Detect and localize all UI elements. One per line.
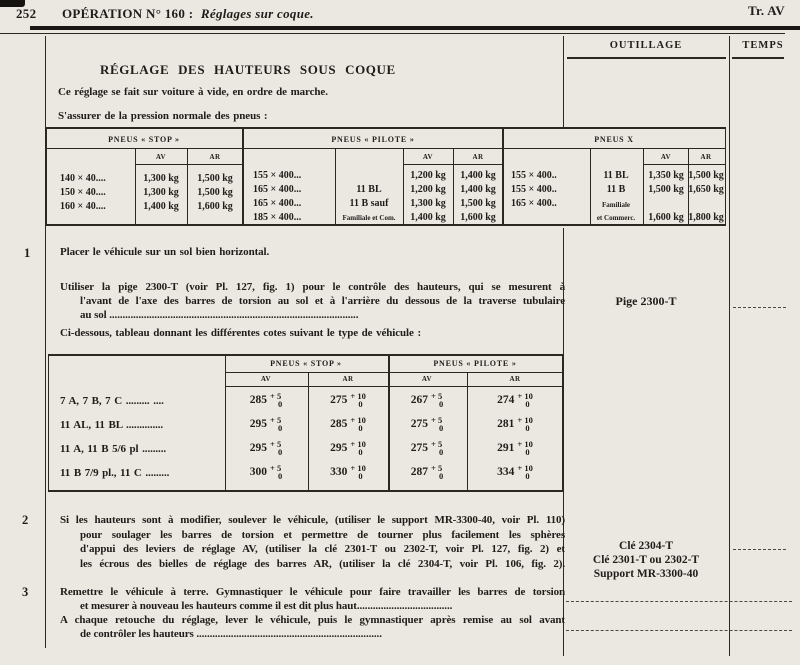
pressure-av: 1,300 kg: [143, 173, 179, 184]
pressure-av: 1,600 kg: [648, 212, 684, 223]
header-rule-thick: [30, 26, 800, 30]
tolerance: + 50: [270, 392, 282, 408]
column-divider: [308, 372, 309, 492]
tolerance: + 50: [431, 464, 443, 480]
tolerance: + 100: [350, 392, 365, 408]
value: 267: [411, 394, 428, 406]
height-value: 334+ 100: [497, 464, 533, 480]
tool-cle-2304: Clé 2304-T: [619, 540, 673, 552]
step2-line: d'appui des leviers de réglage AV, (util…: [60, 542, 565, 557]
tire-size: 165 × 400..: [511, 198, 557, 209]
tolerance: + 100: [350, 464, 365, 480]
value: 281: [497, 418, 514, 430]
model-label: Familiale: [602, 201, 630, 209]
step3-line: A chaque retouche du réglage, lever le v…: [60, 613, 565, 627]
manual-page: 252 OPÉRATION N° 160 : Réglages sur coqu…: [0, 0, 800, 665]
pressure-av: 1,300 kg: [410, 198, 446, 209]
table-border-top: [46, 127, 726, 129]
height-value: 300+ 50: [250, 464, 283, 480]
section-divider: [502, 127, 504, 226]
subheader-underline: [403, 164, 503, 165]
tire-size: 150 × 40....: [60, 187, 106, 198]
temps-dash-line: [733, 549, 786, 550]
height-value: 275+ 50: [411, 416, 444, 432]
outillage-header: OUTILLAGE: [610, 40, 683, 51]
operation-heading: OPÉRATION N° 160 : Réglages sur coque.: [62, 6, 314, 22]
temps-header: TEMPS: [742, 40, 783, 51]
ar-header: AR: [509, 375, 520, 383]
pressure-av: 1,500 kg: [648, 184, 684, 195]
column-divider: [225, 354, 226, 492]
tolerance: + 100: [517, 464, 532, 480]
tolerance: + 50: [431, 416, 443, 432]
tire-size: 165 × 400...: [253, 184, 301, 195]
temps-dash-line: [733, 307, 786, 308]
subheader-underline: [225, 386, 563, 387]
tolerance: + 50: [270, 440, 282, 456]
step3-line: et mesurer à nouveau les hauteurs comme …: [60, 599, 565, 613]
section-divider: [388, 354, 390, 492]
tolerance: + 100: [517, 392, 532, 408]
value: 285: [250, 394, 267, 406]
subheader-underline: [135, 164, 243, 165]
av-header: AV: [423, 153, 433, 161]
tire-size: 165 × 400...: [253, 198, 301, 209]
tire-pressure-table: PNEUS « STOP » PNEUS « PILOTE » PNEUS X …: [46, 127, 726, 228]
cotes-pilote-title: PNEUS « PILOTE »: [433, 359, 516, 368]
ar-header: AR: [342, 375, 353, 383]
pressure-ar: 1,500 kg: [460, 198, 496, 209]
step-number-2: 2: [22, 513, 28, 528]
column-divider: [335, 148, 336, 225]
model-label: et Commerc.: [597, 214, 635, 222]
value: 295: [250, 442, 267, 454]
height-value: 295+ 50: [250, 416, 283, 432]
ar-header: AR: [472, 153, 483, 161]
step1-line: au sol .................................…: [60, 308, 565, 322]
value: 295: [330, 442, 347, 454]
vehicle-type: 7 A, 7 B, 7 C ......... ....: [60, 395, 164, 407]
value: 275: [411, 418, 428, 430]
intro-line-2: S'assurer de la pression normale des pne…: [58, 110, 268, 122]
table-header-underline: [46, 148, 726, 149]
step1-line: l'avant de l'axe des barres de torsion a…: [60, 294, 565, 308]
intro-line-1: Ce réglage se fait sur voiture à vide, e…: [58, 86, 328, 98]
model-label: 11 B: [607, 184, 626, 195]
table-border-right: [562, 354, 563, 492]
step3-paragraph: Remettre le véhicule à terre. Gymnastiqu…: [60, 585, 565, 613]
pressure-av: 1,300 kg: [143, 187, 179, 198]
step2-line: pour soulager les barres de torsion et p…: [60, 528, 565, 543]
vehicle-type: 11 A, 11 B 5/6 pl .........: [60, 443, 166, 455]
tolerance: + 100: [350, 416, 365, 432]
tolerance: + 50: [270, 416, 282, 432]
tire-size: 185 × 400...: [253, 212, 301, 223]
tool-support: Support MR-3300-40: [594, 568, 698, 580]
value: 300: [250, 466, 267, 478]
cotes-stop-title: PNEUS « STOP »: [270, 359, 342, 368]
pressure-av: 1,200 kg: [410, 170, 446, 181]
tolerance: + 50: [431, 392, 443, 408]
pneus-x-title: PNEUS X: [594, 135, 634, 144]
step1-line: Placer le véhicule sur un sol bien horiz…: [60, 246, 269, 258]
ar-header: AR: [700, 153, 711, 161]
pressure-av: 1,350 kg: [648, 170, 684, 181]
pressure-ar: 1,600 kg: [460, 212, 496, 223]
model-label: Familiale et Com.: [342, 214, 395, 222]
model-label: 11 BL: [356, 184, 381, 195]
value: 295: [250, 418, 267, 430]
step1-line: Utiliser la pige 2300-T (voir Pl. 127, f…: [60, 280, 565, 294]
value: 285: [330, 418, 347, 430]
pressure-av: 1,400 kg: [143, 201, 179, 212]
height-value: 287+ 50: [411, 464, 444, 480]
page-number: 252: [16, 6, 36, 22]
pressure-ar: 1,500 kg: [197, 187, 233, 198]
table-border-left: [48, 354, 49, 492]
table-border-top: [48, 354, 563, 356]
pressure-ar: 1,600 kg: [197, 201, 233, 212]
height-spec-table: PNEUS « STOP » PNEUS « PILOTE » AV AR AV…: [48, 354, 563, 494]
value: 330: [330, 466, 347, 478]
column-divider: [403, 148, 404, 225]
doc-title: RÉGLAGE DES HAUTEURS SOUS COQUE: [100, 62, 396, 78]
temps-dash-line: [566, 630, 792, 631]
table-border-bottom: [48, 490, 563, 492]
height-value: 330+ 100: [330, 464, 366, 480]
pneus-stop-title: PNEUS « STOP »: [108, 135, 180, 144]
pressure-av: 1,400 kg: [410, 212, 446, 223]
step2-paragraph: Si les hauteurs sont à modifier, souleve…: [60, 513, 565, 571]
av-header: AV: [422, 375, 432, 383]
height-value: 274+ 100: [497, 392, 533, 408]
column-divider: [453, 148, 454, 225]
value: 274: [497, 394, 514, 406]
step-number-1: 1: [24, 246, 30, 261]
model-label: 11 BL: [603, 170, 628, 181]
height-value: 295+ 100: [330, 440, 366, 456]
step3-paragraph: A chaque retouche du réglage, lever le v…: [60, 613, 565, 641]
tire-size: 155 × 400...: [253, 170, 301, 181]
header-rule-thin: [0, 33, 785, 34]
pressure-av: 1,200 kg: [410, 184, 446, 195]
column-divider: [135, 148, 136, 225]
operation-title: Réglages sur coque.: [201, 6, 314, 21]
height-value: 295+ 50: [250, 440, 283, 456]
height-value: 275+ 50: [411, 440, 444, 456]
tolerance: + 100: [517, 440, 532, 456]
model-label: 11 B sauf: [350, 198, 389, 209]
section-divider: [242, 127, 244, 226]
table-border-bottom: [46, 224, 726, 226]
table-border-left: [46, 127, 47, 226]
tolerance: + 100: [517, 416, 532, 432]
step2-line: Si les hauteurs sont à modifier, souleve…: [60, 513, 565, 528]
title-underline: [225, 372, 563, 373]
outillage-underline: [567, 57, 726, 59]
column-divider: [590, 148, 591, 225]
value: 275: [330, 394, 347, 406]
pressure-ar: 1,500 kg: [688, 170, 724, 181]
column-divider: [643, 148, 644, 225]
av-header: AV: [661, 153, 671, 161]
pressure-ar: 1,500 kg: [197, 173, 233, 184]
height-value: 285+ 100: [330, 416, 366, 432]
pneus-pilote-title: PNEUS « PILOTE »: [331, 135, 414, 144]
vehicle-type: 11 B 7/9 pl., 11 C .........: [60, 467, 169, 479]
step2-line: les écrous des bielles de réglage des ba…: [60, 557, 565, 572]
av-header: AV: [156, 153, 166, 161]
tire-size: 155 × 400..: [511, 170, 557, 181]
temps-dash-line: [566, 601, 792, 602]
height-value: 275+ 100: [330, 392, 366, 408]
tolerance: + 100: [350, 440, 365, 456]
av-header: AV: [261, 375, 271, 383]
height-value: 285+ 50: [250, 392, 283, 408]
step3-line: Remettre le véhicule à terre. Gymnastiqu…: [60, 585, 565, 599]
pressure-ar: 1,400 kg: [460, 184, 496, 195]
temps-underline: [732, 57, 784, 59]
tire-size: 140 × 40....: [60, 173, 106, 184]
pressure-ar: 1,800 kg: [688, 212, 724, 223]
tool-pige: Pige 2300-T: [616, 294, 677, 309]
ar-header: AR: [209, 153, 220, 161]
corner-tab: Tr. AV: [748, 3, 785, 19]
tolerance: + 50: [431, 440, 443, 456]
tire-size: 155 × 400..: [511, 184, 557, 195]
value: 275: [411, 442, 428, 454]
pressure-ar: 1,650 kg: [688, 184, 724, 195]
column-divider: [467, 372, 468, 492]
column-divider: [187, 148, 188, 225]
operation-number: OPÉRATION N° 160 :: [62, 6, 193, 21]
value: 291: [497, 442, 514, 454]
step1-line: Ci-dessous, tableau donnant les différen…: [60, 327, 421, 339]
tool-cle-2301: Clé 2301-T ou 2302-T: [593, 554, 699, 566]
tire-size: 160 × 40....: [60, 201, 106, 212]
step1-paragraph: Utiliser la pige 2300-T (voir Pl. 127, f…: [60, 280, 565, 322]
value: 334: [497, 466, 514, 478]
vehicle-type: 11 AL, 11 BL ..............: [60, 419, 163, 431]
frame-temps-line: [729, 36, 730, 656]
height-value: 267+ 50: [411, 392, 444, 408]
subheader-underline: [643, 164, 725, 165]
step3-line: de contrôler les hauteurs ..............…: [60, 627, 565, 641]
step-number-3: 3: [22, 585, 28, 600]
table-border-right: [725, 127, 726, 226]
height-value: 291+ 100: [497, 440, 533, 456]
pressure-ar: 1,400 kg: [460, 170, 496, 181]
height-value: 281+ 100: [497, 416, 533, 432]
tolerance: + 50: [270, 464, 282, 480]
value: 287: [411, 466, 428, 478]
